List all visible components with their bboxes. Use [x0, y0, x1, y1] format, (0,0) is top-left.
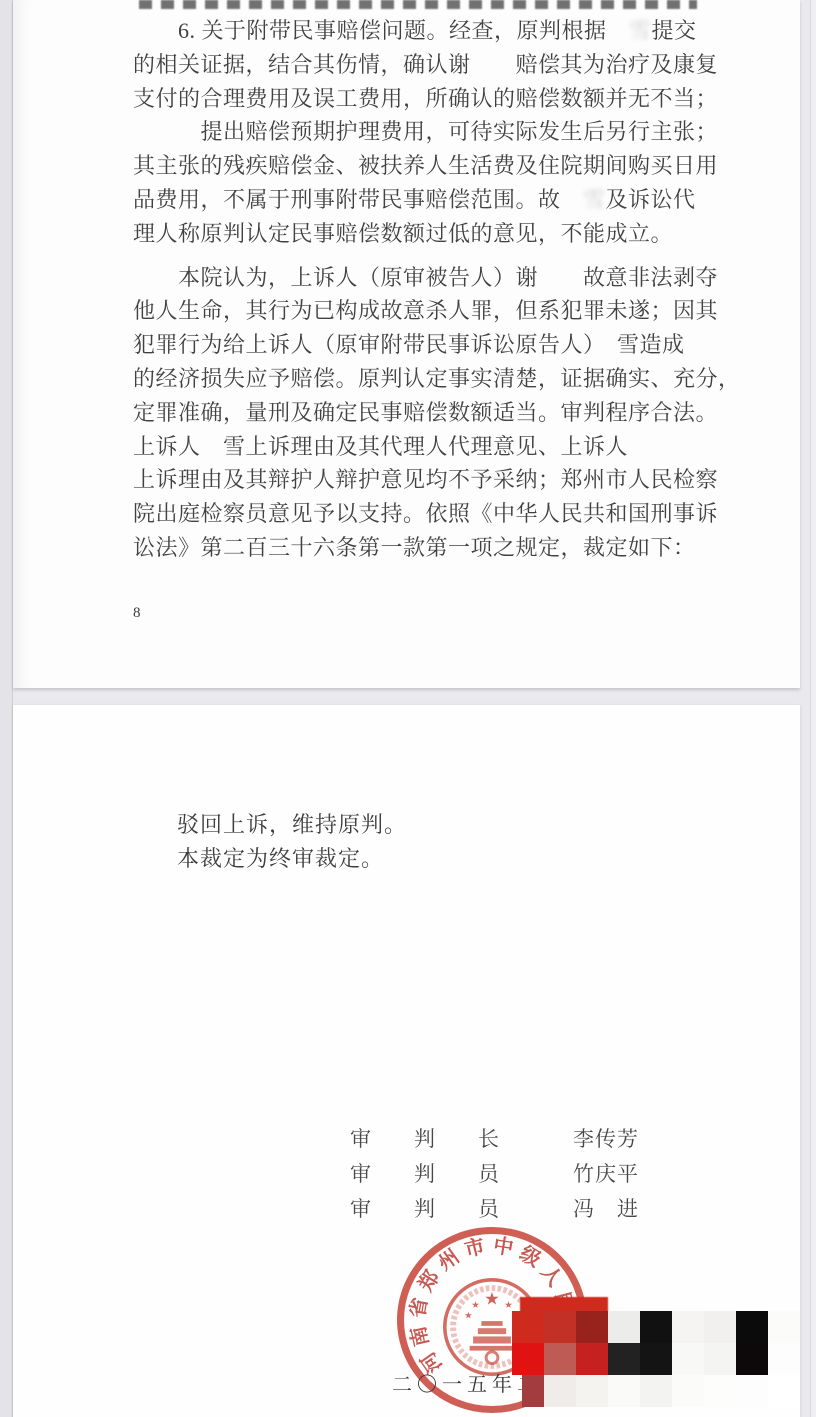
censor-pixel-cell	[672, 1311, 704, 1343]
svg-text:★: ★	[484, 1289, 500, 1309]
censor-pixel-cell	[704, 1311, 736, 1343]
censor-pixel-cell	[512, 1343, 544, 1375]
text-line: 犯罪行为给上诉人（原审附带民事诉讼原告人） 雪造成	[133, 328, 733, 362]
redacted-name-smudge: 雪	[607, 18, 652, 43]
ruling-line: 本裁定为终审裁定。	[177, 842, 407, 876]
svg-text:★: ★	[471, 1302, 479, 1312]
censor-pixel-cell	[544, 1343, 576, 1375]
paragraph-court-opinion: 本院认为，上诉人（原审被告人）谢 故意非法剥夺他人生命，其行为已构成故意杀人罪，…	[133, 261, 733, 565]
text-line: 的经济损失应予赔偿。原判认定事实清楚，证据确实、充分，	[133, 362, 733, 396]
censor-pixel-cell	[736, 1311, 768, 1343]
ruling-body-text: 6. 关于附带民事赔偿问题。经查，原判根据 雪提交的相关证据，结合其伤情，确认谢…	[133, 14, 733, 565]
censor-pixel-cell	[672, 1375, 704, 1407]
censor-pixel-cell	[576, 1343, 608, 1375]
censor-pixel-cell	[672, 1343, 704, 1375]
redacted-name-smudge	[538, 265, 583, 290]
text-line: 6. 关于附带民事赔偿问题。经查，原判根据 雪提交	[133, 14, 733, 48]
redacted-name-smudge	[133, 119, 201, 144]
judge-role: 审判长	[350, 1123, 550, 1153]
censor-pixel-cell	[736, 1375, 768, 1407]
judge-role: 审判员	[350, 1193, 550, 1223]
ruling-line: 驳回上诉，维持原判。	[177, 808, 407, 842]
redacted-name-smudge	[201, 434, 224, 459]
judge-row: 审判员竹庆平	[350, 1155, 639, 1190]
scan-right-margin	[810, 0, 816, 1417]
censor-pixel-cell	[608, 1311, 640, 1343]
censor-pixel-cell	[544, 1375, 576, 1407]
censor-pixel-cell	[736, 1343, 768, 1375]
text-line: 支付的合理费用及误工费用，所确认的赔偿数额并无不当；	[133, 82, 733, 116]
censor-pixel-cell	[768, 1311, 800, 1343]
censor-pixel-cell	[640, 1375, 672, 1407]
censor-pixel-cell	[544, 1311, 576, 1343]
judges-signature-block: 审判长李传芳审判员竹庆平审判员冯 进	[350, 1120, 639, 1225]
document-page-final: 驳回上诉，维持原判。 本裁定为终审裁定。 审判长李传芳审判员竹庆平审判员冯 进 …	[13, 705, 800, 1417]
censor-pixel-cell	[576, 1311, 608, 1343]
censor-pixel-cell	[608, 1375, 640, 1407]
censor-pixel-cell	[768, 1343, 800, 1375]
ruling-result-lines: 驳回上诉，维持原判。 本裁定为终审裁定。	[177, 808, 407, 876]
censor-pixel-cell	[704, 1343, 736, 1375]
text-line: 讼法》第二百三十六条第一款第一项之规定，裁定如下：	[133, 531, 733, 565]
censor-pixel-cell	[640, 1311, 672, 1343]
judge-row: 审判长李传芳	[350, 1120, 639, 1155]
censor-pixel-cell	[512, 1375, 544, 1407]
text-line: 其主张的残疾赔偿金、被扶养人生活费及住院期间购买日用	[133, 149, 733, 183]
judge-row: 审判员冯 进	[350, 1190, 639, 1225]
censor-pixel-cell	[608, 1343, 640, 1375]
judge-role: 审判员	[350, 1158, 550, 1188]
text-line: 定罪准确，量刑及确定民事赔偿数额适当。审判程序合法。	[133, 396, 733, 430]
scan-left-margin	[0, 0, 13, 1417]
svg-text:★: ★	[464, 1312, 472, 1322]
censor-pixel-cell	[576, 1375, 608, 1407]
judge-name: 竹庆平	[573, 1158, 639, 1188]
text-line: 提出赔偿预期护理费用，可待实际发生后另行主张；	[133, 115, 733, 149]
redacted-name-smudge	[471, 52, 516, 77]
text-line: 上诉理由及其辩护人辩护意见均不予采纳；郑州市人民检察	[133, 463, 733, 497]
redacted-name-smudge: 雪	[561, 187, 606, 212]
text-line: 他人生命，其行为已构成故意杀人罪，但系犯罪未遂；因其	[133, 294, 733, 328]
redacted-name-smudge	[628, 434, 673, 459]
document-page-8: 6. 关于附带民事赔偿问题。经查，原判根据 雪提交的相关证据，结合其伤情，确认谢…	[13, 0, 800, 688]
censor-pixel-cell	[704, 1375, 736, 1407]
text-line: 品费用，不属于刑事附带民事赔偿范围。故 雪及诉讼代	[133, 183, 733, 217]
censor-pixel-cell	[512, 1311, 544, 1343]
text-line: 院出庭检察员意见予以支持。依照《中华人民共和国刑事诉	[133, 497, 733, 531]
censor-pixel-cell	[640, 1343, 672, 1375]
censor-pixel-cell	[768, 1375, 800, 1407]
judge-name: 李传芳	[573, 1123, 639, 1153]
text-line: 的相关证据，结合其伤情，确认谢 赔偿其为治疗及康复	[133, 48, 733, 82]
censor-pixel-block	[520, 1297, 608, 1312]
paragraph-civil-compensation: 6. 关于附带民事赔偿问题。经查，原判根据 雪提交的相关证据，结合其伤情，确认谢…	[133, 14, 733, 251]
text-line: 理人称原判认定民事赔偿数额过低的意见，不能成立。	[133, 217, 733, 251]
text-line: 本院认为，上诉人（原审被告人）谢 故意非法剥夺	[133, 261, 733, 295]
document-scan-viewer: 6. 关于附带民事赔偿问题。经查，原判根据 雪提交的相关证据，结合其伤情，确认谢…	[0, 0, 816, 1417]
text-line: 上诉人 雪上诉理由及其代理人代理意见、上诉人	[133, 430, 733, 464]
clipped-text-line	[139, 0, 697, 9]
redacted-name-smudge	[595, 332, 618, 357]
page-number: 8	[133, 605, 142, 622]
judge-name: 冯 进	[573, 1193, 639, 1223]
